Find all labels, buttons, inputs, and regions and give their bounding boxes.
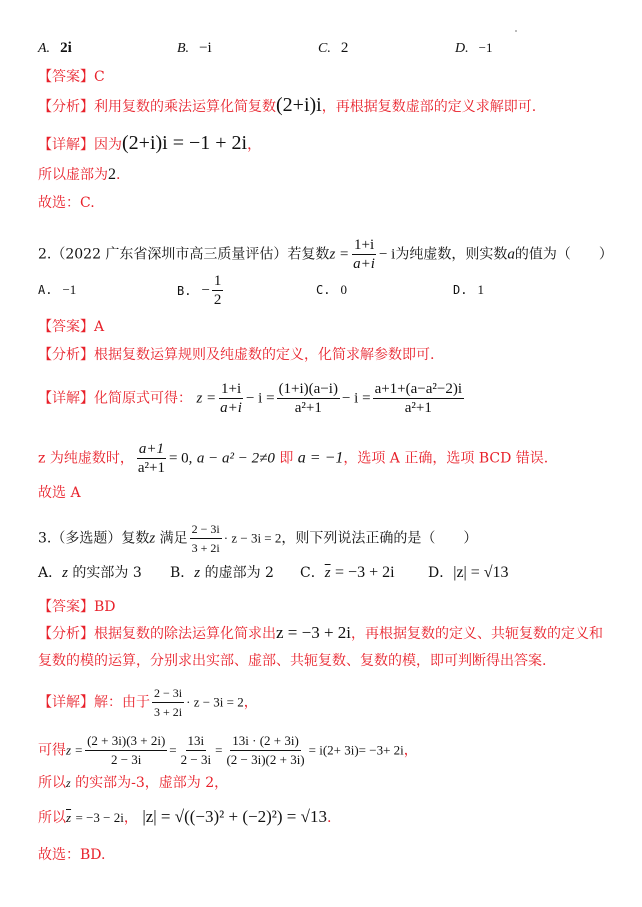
option-value: −1 (62, 282, 76, 297)
q2-stem: 2.（2022 广东省深圳市高三质量评估）若复数z =1+ia+i− i为纯虚数… (38, 236, 613, 273)
condition-fraction: a+1a²+1 (136, 440, 167, 477)
text: 可得 (38, 743, 66, 759)
q2-answer: 【答案】A (38, 318, 104, 336)
option-label: A． (38, 565, 62, 581)
q2-option-b: B.−12 (177, 272, 225, 309)
denominator: 2 (212, 291, 224, 309)
zbar: z (66, 810, 71, 825)
stem-math: − i (379, 247, 395, 263)
detail-math: − i = (246, 391, 275, 407)
q3-option-b: B．z 的虚部为 2 (170, 562, 274, 582)
option-label: C. (316, 283, 330, 297)
stem-text: 的值为（ ） (515, 247, 613, 263)
q2-option-a: A.−1 (38, 282, 76, 298)
numerator: 1 (212, 272, 224, 291)
math: 2 (108, 166, 116, 183)
stem-text: ，则下列说法正确的是（ ） (281, 531, 477, 547)
q3-option-d: D．|z| = √13 (428, 562, 509, 582)
stem-text: 2.（2022 广东省深圳市高三质量评估）若复数 (38, 247, 329, 263)
text: 的实部为-3，虚部为 2， (75, 775, 228, 791)
q3-detail: 【详解】解：由于2 − 3i3 + 2i· z − 3i = 2， (38, 684, 258, 721)
answer-value: C (94, 69, 105, 85)
answer-tag: 【答案】 (38, 599, 94, 615)
q3-analysis-line2: 复数的模的运算，分别求出实部、虚部、共轭复数、复数的模，即可判断得出答案. (38, 652, 546, 670)
detail-text: 解：由于 (94, 695, 150, 711)
math: = 0, (169, 451, 192, 467)
q1-conclusion: 故选：C. (38, 194, 95, 212)
stem-text: 3.（多选题）复数 (38, 531, 149, 547)
stem-text: 为纯虚数，则实数 (395, 247, 507, 263)
detail-math: (2+i)i = −1 + 2i (122, 132, 247, 154)
q2-analysis: 【分析】根据复数运算规则及纯虚数的定义，化简求解参数即可. (38, 346, 434, 364)
option-label: C． (300, 565, 325, 581)
option-label: D. (455, 41, 469, 56)
denominator: a+i (218, 399, 244, 417)
q3-answer: 【答案】BD (38, 598, 116, 616)
q1-detail: 【详解】因为(2+i)i = −1 + 2i， (38, 134, 261, 154)
detail-text: 因为 (94, 137, 122, 153)
answer-value: BD (94, 599, 116, 615)
denominator: (2 − 3i)(2 + 3i) (224, 751, 306, 769)
analysis-text: 根据复数运算规则及纯虚数的定义，化简求解参数即可. (94, 347, 434, 363)
q1-option-b: B.−i (177, 40, 212, 57)
option-value: 0 (340, 282, 347, 297)
q3-option-c: C．z = −3 + 2i (300, 562, 395, 582)
q3-analysis: 【分析】根据复数的除法运算化简求出z = −3 + 2i，再根据复数的定义、共轭… (38, 624, 603, 643)
q2-option-d: D.1 (453, 282, 484, 298)
math: |z| = √((−3)² + (−2)²) = √13 (142, 807, 327, 826)
detail-text: ， (244, 695, 258, 711)
option-value: 2 (341, 40, 349, 56)
option-value: −1 (479, 40, 493, 55)
q1-option-d: D.−1 (455, 40, 492, 57)
numerator: 13i · (2 + 3i) (230, 732, 301, 751)
text: 即 (279, 451, 293, 467)
denominator: a²+1 (136, 459, 167, 477)
fraction-2: (1+i)(a−i)a²+1 (277, 380, 340, 417)
numerator: a+1+(a−a²−2)i (373, 380, 464, 399)
q1-option-a: A.2i (38, 40, 72, 57)
stem-fraction: 1+ia+i (351, 236, 377, 273)
analysis-tag: 【分析】 (38, 347, 94, 363)
analysis-math: z = −3 + 2i (276, 623, 351, 642)
q3-conclusion: 故选：BD. (38, 846, 105, 864)
analysis-math: (2+i)i (276, 94, 322, 116)
fraction-3: a+1+(a−a²−2)ia²+1 (373, 380, 464, 417)
numerator: 13i (186, 732, 207, 751)
denominator: a²+1 (293, 399, 324, 417)
detail-tag: 【详解】 (38, 695, 94, 711)
detail-tag: 【详解】 (38, 391, 94, 407)
fraction-3: 13i · (2 + 3i)(2 − 3i)(2 + 3i) (224, 732, 306, 769)
denominator: 3 + 2i (190, 539, 222, 557)
numerator: 2 − 3i (152, 684, 184, 703)
option-label: D. (453, 283, 467, 297)
denominator: 2 − 3i (109, 751, 143, 769)
option-value: 1 (477, 282, 484, 297)
option-text: = −3 + 2i (335, 564, 395, 581)
q3-stem: 3.（多选题）复数z 满足2 − 3i3 + 2i· z − 3i = 2，则下… (38, 520, 477, 557)
option-text: 的虚部为 2 (205, 565, 274, 581)
detail-text: ， (247, 137, 261, 153)
text: ， (124, 810, 138, 826)
detail-math: z = (196, 391, 216, 407)
denominator: 3 + 2i (152, 703, 184, 721)
analysis-text: ，再根据复数虚部的定义求解即可. (322, 99, 536, 115)
numerator: 2 − 3i (190, 520, 222, 539)
math: z (66, 776, 71, 790)
q3-option-a: A．z 的实部为 3 (38, 562, 142, 582)
text: 所以 (38, 775, 66, 791)
numerator: 1+i (352, 236, 376, 255)
option-label: C. (318, 41, 331, 56)
q3-conjugate-modulus: 所以z = −3 − 2i， |z| = √((−3)² + (−2)²) = … (38, 808, 331, 827)
stray-dot (515, 30, 517, 32)
stem-math: z (149, 531, 155, 547)
text: 所以虚部为 (38, 167, 108, 183)
q2-condition: z 为纯虚数时，a+1a²+1= 0, a − a² − 2≠0 即 a = −… (38, 440, 548, 477)
math: = −3 − 2i (76, 810, 124, 825)
option-label: A. (38, 283, 52, 297)
q1-analysis: 【分析】利用复数的乘法运算化简复数(2+i)i，再根据复数虚部的定义求解即可. (38, 96, 536, 116)
option-label: D． (428, 565, 453, 581)
stem-math: a (507, 247, 515, 263)
numerator: (1+i)(a−i) (277, 380, 340, 399)
detail-tag: 【详解】 (38, 137, 94, 153)
detail-fraction: 2 − 3i3 + 2i (152, 684, 184, 721)
math: z = (66, 743, 83, 758)
option-value: 2i (60, 40, 72, 56)
option-text: |z| = √13 (453, 564, 508, 581)
numerator: a+1 (137, 440, 166, 459)
text: . (116, 167, 120, 183)
text: 所以 (38, 810, 66, 826)
q2-option-c: C.0 (316, 282, 347, 298)
analysis-text: 根据复数的除法运算化简求出 (94, 626, 276, 642)
q3-real-imag: 所以z 的实部为-3，虚部为 2， (38, 774, 228, 792)
numerator: (2 + 3i)(3 + 2i) (85, 732, 167, 751)
stem-text: 满足 (160, 531, 188, 547)
analysis-tag: 【分析】 (38, 99, 94, 115)
answer-tag: 【答案】 (38, 69, 94, 85)
option-label: B. (177, 41, 189, 56)
math: = i(2+ 3i)= −3+ 2i (309, 743, 404, 758)
detail-math: · z − 3i = 2 (186, 695, 244, 710)
q2-detail: 【详解】化简原式可得： z =1+ia+i− i =(1+i)(a−i)a²+1… (38, 380, 466, 417)
denominator: a²+1 (403, 399, 434, 417)
q1-imag-part: 所以虚部为2. (38, 166, 120, 184)
math: a = −1 (298, 450, 344, 467)
option-math: z (325, 565, 331, 581)
q1-answer: 【答案】C (38, 68, 105, 86)
option-math: z (62, 565, 68, 581)
option-math: z (194, 565, 200, 581)
math: a − a² − 2≠0 (197, 451, 275, 467)
option-text: 的实部为 3 (72, 565, 141, 581)
analysis-text: ，再根据复数的定义、共轭复数的定义和 (351, 626, 603, 642)
denominator: 2 − 3i (179, 751, 213, 769)
option-label: B． (170, 565, 194, 581)
text: ， (404, 743, 418, 759)
option-fraction: 12 (212, 272, 224, 309)
detail-text: 化简原式可得： (94, 391, 192, 407)
stem-math: · z − 3i = 2 (224, 531, 282, 546)
answer-value: A (94, 319, 104, 335)
fraction-2: 13i2 − 3i (179, 732, 213, 769)
analysis-tag: 【分析】 (38, 626, 94, 642)
analysis-text: 利用复数的乘法运算化简复数 (94, 99, 276, 115)
detail-math: − i = (342, 391, 371, 407)
fraction-1: 1+ia+i (218, 380, 244, 417)
text: z 为纯虚数时， (38, 451, 134, 467)
text: . (327, 810, 331, 826)
answer-tag: 【答案】 (38, 319, 94, 335)
option-value: −i (199, 40, 212, 56)
denominator: a+i (351, 255, 377, 273)
q2-conclusion: 故选 A (38, 484, 81, 502)
stem-fraction: 2 − 3i3 + 2i (190, 520, 222, 557)
text: ，选项 A 正确，选项 BCD 错误. (343, 451, 548, 467)
option-sign: − (201, 283, 209, 299)
option-label: B. (177, 284, 191, 298)
option-label: A. (38, 41, 50, 56)
q1-option-c: C.2 (318, 40, 348, 57)
stem-math: z = (329, 247, 349, 263)
q3-derivation: 可得z =(2 + 3i)(3 + 2i)2 − 3i=13i2 − 3i=13… (38, 732, 418, 769)
numerator: 1+i (219, 380, 243, 399)
fraction-1: (2 + 3i)(3 + 2i)2 − 3i (85, 732, 167, 769)
